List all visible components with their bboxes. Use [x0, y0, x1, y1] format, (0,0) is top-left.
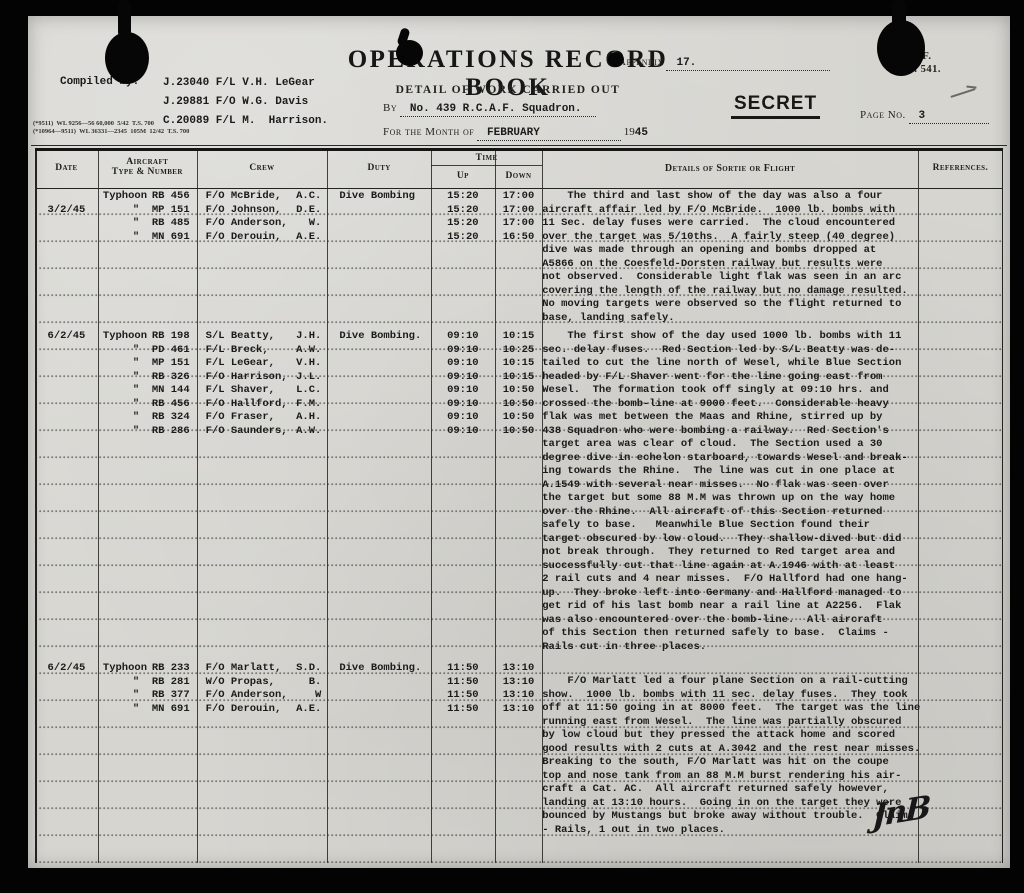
time-up: 11:50 — [431, 689, 495, 703]
entry-duty-cell: Dive Bombing. — [327, 662, 431, 676]
header-duty: Duty — [327, 163, 431, 173]
aircraft-type-number: "RB 485 — [98, 217, 197, 231]
entry-details-cell: F/O Marlatt led a four plane Section on … — [542, 662, 918, 837]
crew-member: F/O Derouin,A.E. — [197, 231, 328, 245]
aircraft-type-number: TyphoonRB 456 — [98, 190, 197, 204]
punch-hole-stem — [892, 0, 906, 30]
crew-member: F/O Anderson,W — [197, 689, 328, 703]
page-number-value: 3 — [909, 110, 989, 124]
crew-member: F/L Shaver,L.C. — [197, 384, 328, 398]
punch-hole-stem — [118, 0, 131, 38]
appendix-line: Appendix 17. — [618, 56, 830, 71]
time-up: 11:50 — [431, 703, 495, 717]
pencil-mark — [950, 88, 975, 98]
aircraft-type-number: "MN 691 — [98, 703, 197, 717]
header-aircraft: Aircraft Type & Number — [98, 157, 197, 177]
time-up: 09:10 — [431, 330, 495, 344]
aircraft-type-number: "MP 151 — [98, 357, 197, 371]
entry-crew-list: S/L Beatty,J.H.F/L Breck,A.W.F/L LeGear,… — [197, 330, 328, 438]
time-up: 09:10 — [431, 398, 495, 412]
entry-times-up: 11:5011:5011:5011:50 — [431, 662, 495, 716]
aircraft-type-number: "MN 691 — [98, 231, 197, 245]
aircraft-type-number: "RB 456 — [98, 398, 197, 412]
entry-date: 6/2/45 — [35, 330, 98, 344]
entry-times-up: 09:1009:1009:1009:1009:1009:1009:1009:10 — [431, 330, 495, 438]
entry-crew-list: F/O McBride,A.C.F/O Johnson,D.E.F/O Ande… — [197, 190, 328, 244]
squadron-name: No. 439 R.C.A.F. Squadron. — [400, 103, 596, 117]
crew-member: F/O Saunders,A.W. — [197, 425, 328, 439]
time-down: 13:10 — [495, 662, 542, 676]
time-up: 11:50 — [431, 662, 495, 676]
aircraft-type-number: "RB 286 — [98, 425, 197, 439]
time-down: 10:25 — [495, 344, 542, 358]
secret-stamp: SECRET — [731, 93, 820, 119]
scanned-document-page: OPERATIONS RECORD BOOK DETAIL OF WORK CA… — [0, 0, 1024, 893]
entry-date-cell: 6/2/45 — [35, 330, 98, 344]
aircraft-type-number: TyphoonRB 198 — [98, 330, 197, 344]
entry-times-down: 13:1013:1013:1013:10 — [495, 662, 542, 716]
time-down: 10:15 — [495, 330, 542, 344]
month-value: FEBRUARY — [477, 127, 621, 141]
table-header: Date Aircraft Type & Number Crew Duty Ti… — [35, 151, 1003, 189]
entry-times-up: 15:2015:2015:2015:20 — [431, 190, 495, 244]
time-down: 13:10 — [495, 676, 542, 690]
operations-table: Date Aircraft Type & Number Crew Duty Ti… — [35, 148, 1003, 863]
paper-sheet: OPERATIONS RECORD BOOK DETAIL OF WORK CA… — [28, 16, 1010, 868]
page-number-line: Page No. 3 — [860, 109, 989, 124]
table-body: JnB 3/2/45 TyphoonRB 456"MP 151"RB 485"M… — [35, 188, 1003, 863]
crew-member: F/O Johnson,D.E. — [197, 204, 328, 218]
time-up: 09:10 — [431, 411, 495, 425]
entry-times-down: 17:0017:0017:0016:50 — [495, 190, 542, 244]
header-down: Down — [495, 171, 542, 181]
month-label: For the Month of — [383, 126, 474, 138]
entry-aircraft-list: TyphoonRB 233"RB 281"RB 377"MN 691 — [98, 662, 197, 716]
by-label: By — [383, 102, 397, 114]
crew-member: F/O McBride,A.C. — [197, 190, 328, 204]
time-down: 13:10 — [495, 703, 542, 717]
time-up: 15:20 — [431, 190, 495, 204]
page-number-label: Page No. — [860, 109, 906, 121]
header-crew: Crew — [197, 163, 328, 173]
crew-member: F/O Harrison,J.L. — [197, 371, 328, 385]
form-print-codes: (*9511) WL 9256—56 60,000 5/42 T.S. 700 … — [33, 120, 189, 136]
time-up: 09:10 — [431, 344, 495, 358]
entry-times-down: 10:1510:2510:1510:1510:5010:5010:5010:50 — [495, 330, 542, 438]
entry-details-cell: The first show of the day used 1000 lb. … — [542, 330, 918, 654]
crew-member: F/O Marlatt,S.D. — [197, 662, 328, 676]
crew-member: F/O Fraser,A.H. — [197, 411, 328, 425]
time-down: 16:50 — [495, 231, 542, 245]
by-squadron-line: By No. 439 R.C.A.F. Squadron. — [383, 102, 596, 117]
entry-date: 6/2/45 — [35, 662, 98, 676]
entry-duty: Dive Bombing. — [327, 330, 431, 344]
year-prefix: 19 — [624, 126, 635, 138]
entry-details: The first show of the day used 1000 lb. … — [542, 330, 918, 654]
entry-duty: Dive Bombing — [327, 190, 431, 204]
time-down: 10:50 — [495, 411, 542, 425]
aircraft-type-number: "RB 281 — [98, 676, 197, 690]
time-down: 10:15 — [495, 371, 542, 385]
time-down: 17:00 — [495, 217, 542, 231]
entry-aircraft-list: TyphoonRB 456"MP 151"RB 485"MN 691 — [98, 190, 197, 244]
ink-blot — [608, 52, 624, 67]
header-aircraft-line1: Aircraft — [98, 157, 197, 167]
entry-details-cell: The third and last show of the day was a… — [542, 190, 918, 325]
header-date: Date — [35, 163, 98, 173]
header-references: References. — [918, 163, 1003, 173]
entry-date-cell: 6/2/45 — [35, 662, 98, 676]
time-up: 09:10 — [431, 357, 495, 371]
month-line: For the Month of FEBRUARY 1945 — [383, 126, 648, 141]
entry-crew-list: F/O Marlatt,S.D.W/O Propas,B.F/O Anderso… — [197, 662, 328, 716]
header-up: Up — [431, 171, 495, 181]
crew-member: W/O Propas,B. — [197, 676, 328, 690]
time-down: 10:50 — [495, 384, 542, 398]
punch-hole — [105, 32, 149, 84]
time-up: 11:50 — [431, 676, 495, 690]
crew-member: S/L Beatty,J.H. — [197, 330, 328, 344]
entry-date: 3/2/45 — [35, 204, 98, 218]
header-time: Time — [431, 153, 542, 166]
entry-duty: Dive Bombing. — [327, 662, 431, 676]
entry-duty-cell: Dive Bombing — [327, 190, 431, 204]
time-down: 10:50 — [495, 398, 542, 412]
crew-member: F/O Derouin,A.E. — [197, 703, 328, 717]
entry-details: The third and last show of the day was a… — [542, 190, 918, 325]
appendix-number: 17. — [666, 57, 830, 71]
time-up: 15:20 — [431, 231, 495, 245]
aircraft-type-number: "RB 324 — [98, 411, 197, 425]
entry-details: F/O Marlatt led a four plane Section on … — [542, 675, 918, 837]
crew-member: F/L Breck,A.W. — [197, 344, 328, 358]
page-subtitle: DETAIL OF WORK CARRIED OUT — [308, 84, 708, 96]
entry-aircraft-list: TyphoonRB 198"PD 461"MP 151"RB 326"MN 14… — [98, 330, 197, 438]
year-value: 45 — [635, 127, 648, 139]
crew-member: F/O Anderson,W. — [197, 217, 328, 231]
time-up: 09:10 — [431, 384, 495, 398]
aircraft-type-number: "MP 151 — [98, 204, 197, 218]
crew-member: F/L LeGear,V.H. — [197, 357, 328, 371]
entry-duty-cell: Dive Bombing. — [327, 330, 431, 344]
header-aircraft-line2: Type & Number — [98, 167, 197, 177]
time-up: 09:10 — [431, 371, 495, 385]
time-down: 17:00 — [495, 190, 542, 204]
time-down: 10:15 — [495, 357, 542, 371]
aircraft-type-number: TyphoonRB 233 — [98, 662, 197, 676]
entry-date-cell: 3/2/45 — [35, 190, 98, 217]
time-down: 10:50 — [495, 425, 542, 439]
aircraft-type-number: "PD 461 — [98, 344, 197, 358]
time-down: 17:00 — [495, 204, 542, 218]
time-up: 09:10 — [431, 425, 495, 439]
appendix-label: Appendix — [618, 56, 664, 68]
aircraft-type-number: "RB 377 — [98, 689, 197, 703]
time-up: 15:20 — [431, 204, 495, 218]
header-details: Details of Sortie or Flight — [542, 163, 918, 174]
time-down: 13:10 — [495, 689, 542, 703]
crew-member: F/O Hallford,F.M. — [197, 398, 328, 412]
aircraft-type-number: "RB 326 — [98, 371, 197, 385]
time-up: 15:20 — [431, 217, 495, 231]
aircraft-type-number: "MN 144 — [98, 384, 197, 398]
